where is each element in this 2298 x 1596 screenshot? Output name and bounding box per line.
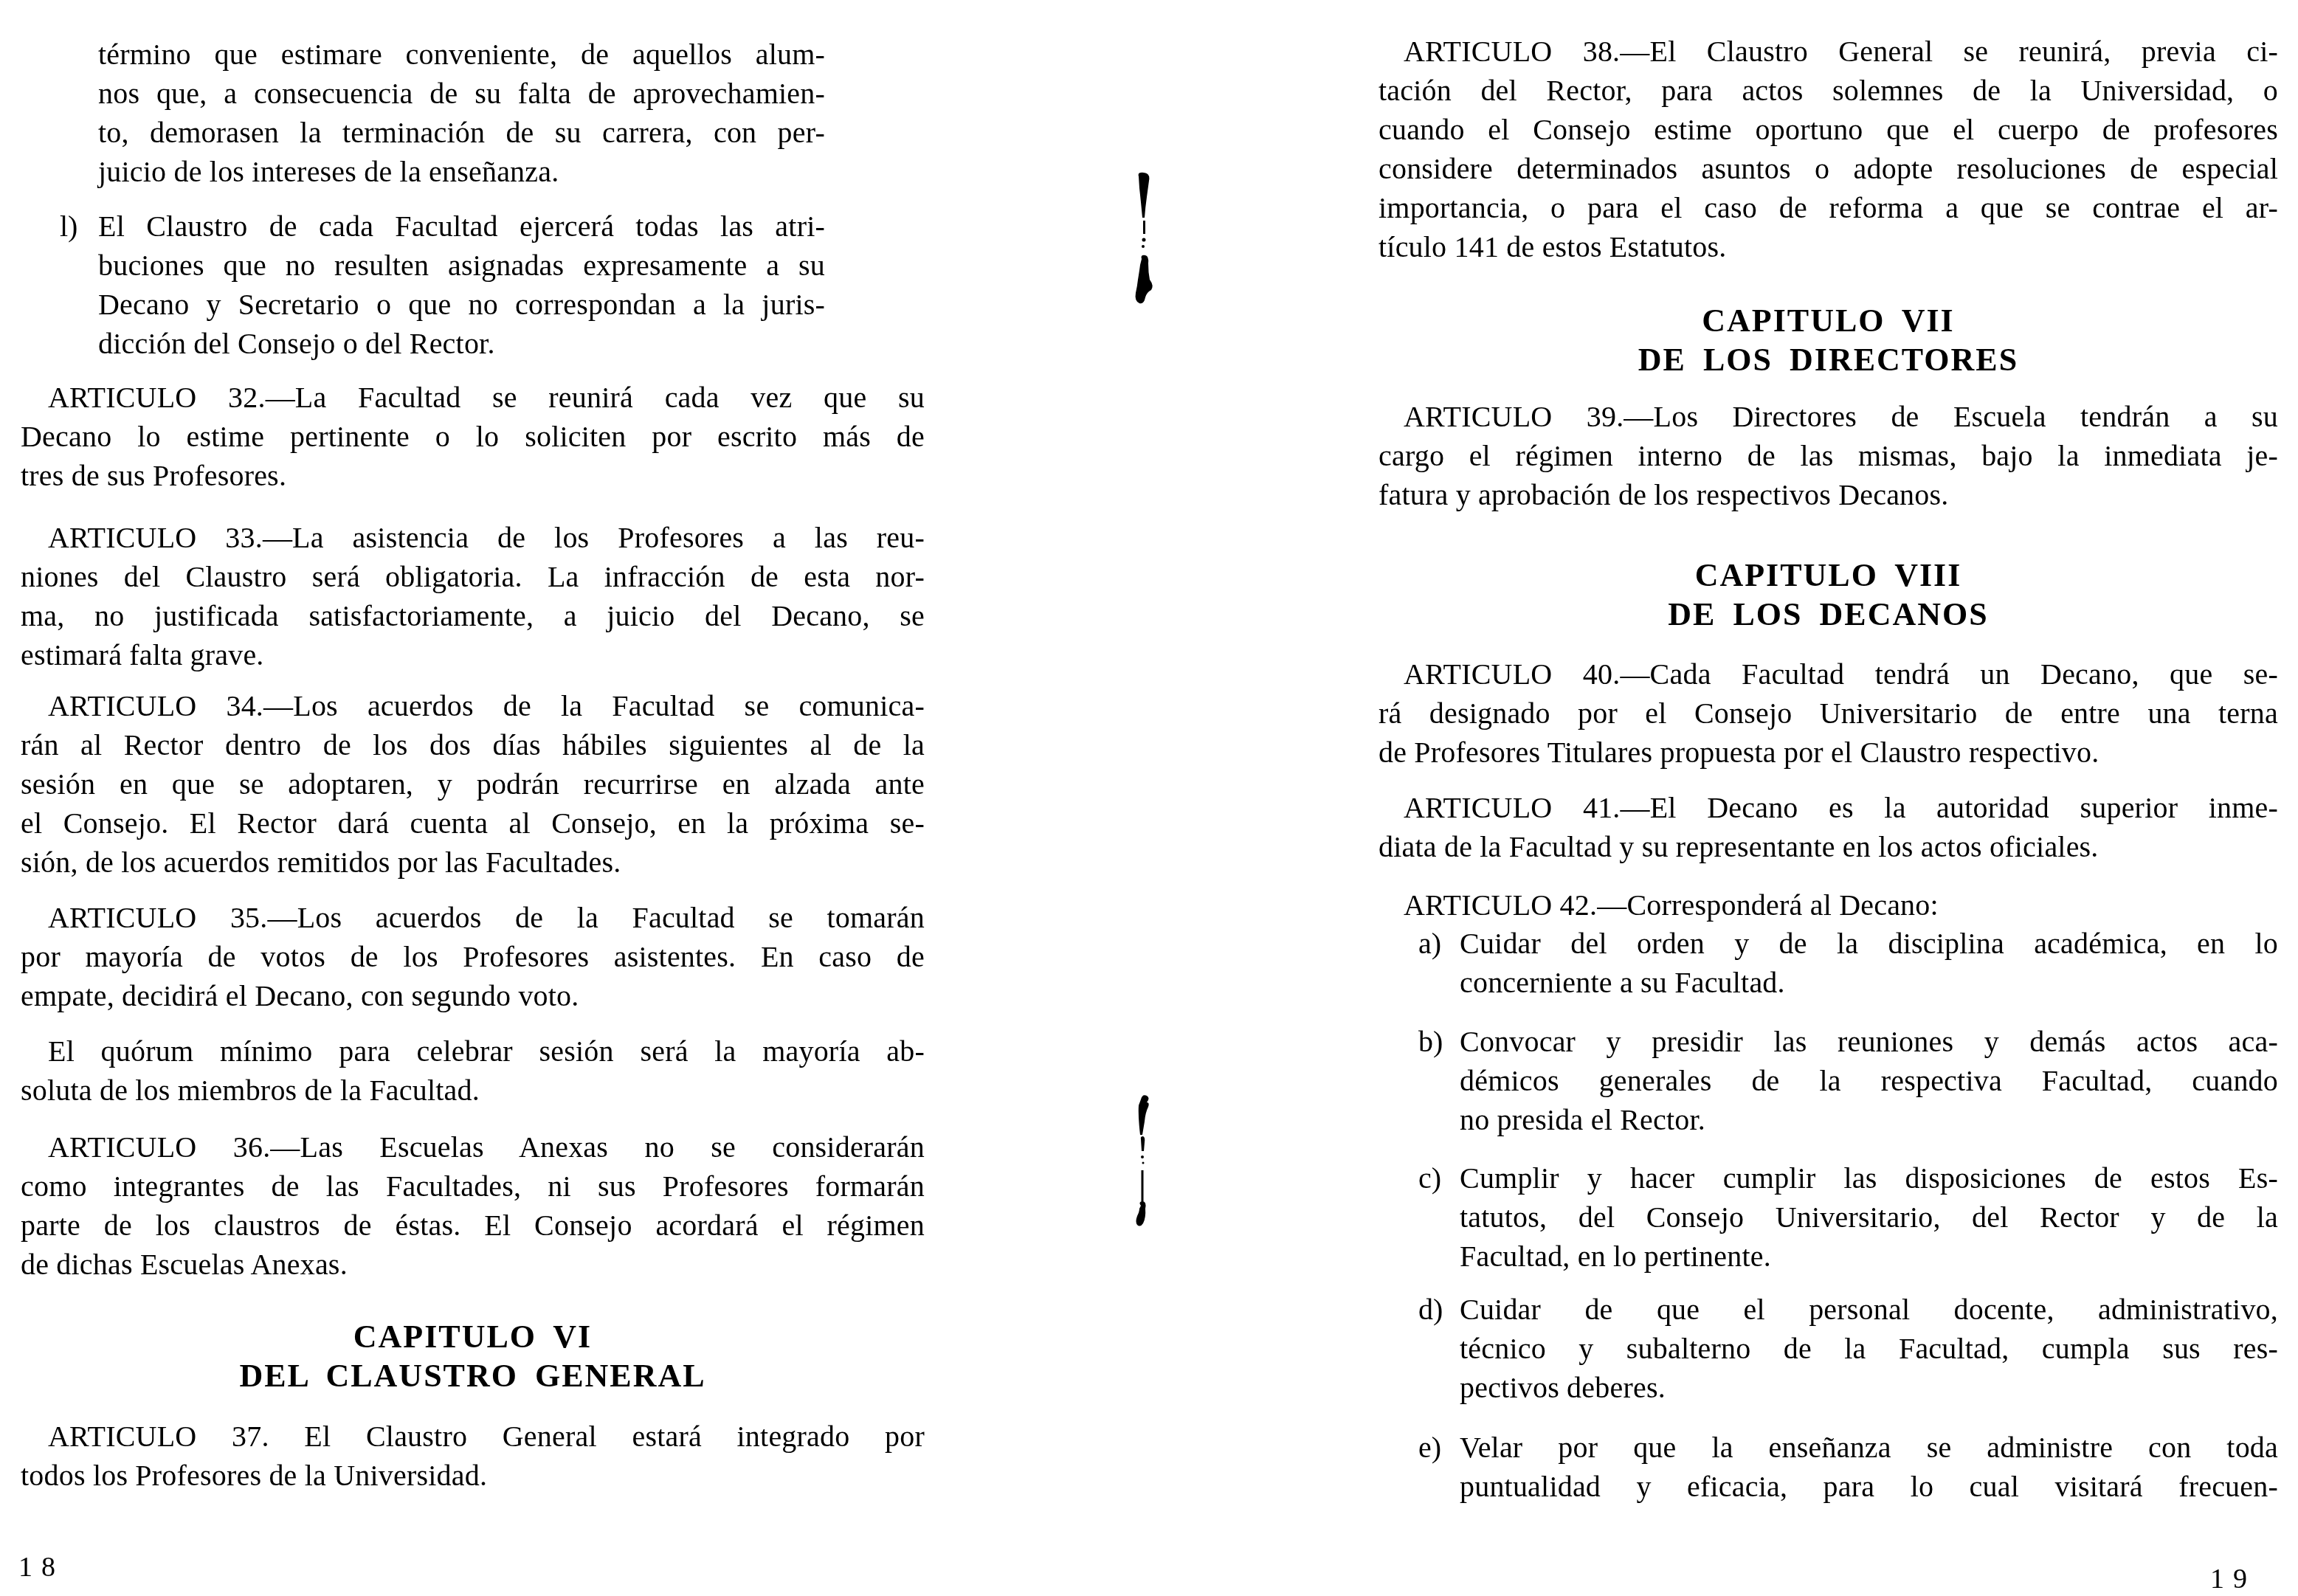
paragraph-continuation: término que estimare conveniente, de aqu… <box>98 35 825 191</box>
text-line: técnico y subalterno de la Facultad, cum… <box>1460 1329 2278 1368</box>
text-line: parte de los claustros de éstas. El Cons… <box>21 1206 925 1245</box>
text-line: como integrantes de las Facultades, ni s… <box>21 1167 925 1206</box>
article: ARTICULO 33.—La asistencia de los Profes… <box>21 518 925 674</box>
page-number: 18 <box>18 1552 64 1582</box>
text-line: nos que, a consecuencia de su falta de a… <box>98 74 825 113</box>
text-line: sesión en que se adoptaren, y podrán rec… <box>21 764 925 804</box>
text-line: término que estimare conveniente, de aqu… <box>98 35 825 74</box>
text-line: tación del Rector, para actos solemnes d… <box>1379 71 2278 110</box>
chapter-heading: CAPITULO VIIIDE LOS DECANOS <box>1379 556 2278 634</box>
article: ARTICULO 40.—Cada Facultad tendrá un Dec… <box>1379 654 2278 772</box>
text-line: ARTICULO 41.—El Decano es la autoridad s… <box>1379 788 2278 827</box>
text-line: ARTICULO 33.—La asistencia de los Profes… <box>21 518 925 557</box>
list-item-marker: d) <box>1418 1290 1443 1329</box>
list-item-marker: l) <box>60 207 77 246</box>
text-line: Cuidar del orden y de la disciplina acad… <box>1460 924 2278 963</box>
text-line: tres de sus Profesores. <box>21 456 925 495</box>
text-line: estimará falta grave. <box>21 635 925 674</box>
chapter-heading: CAPITULO VIIDE LOS DIRECTORES <box>1379 301 2278 379</box>
text-line: ARTICULO 42.—Corresponderá al Decano: <box>1379 885 2278 925</box>
chapter-heading-line: DE LOS DIRECTORES <box>1379 340 2278 379</box>
text-line: fatura y aprobación de los respectivos D… <box>1379 475 2278 514</box>
text-line: dicción del Consejo o del Rector. <box>98 324 825 363</box>
text-line: ARTICULO 39.—Los Directores de Escuela t… <box>1379 397 2278 436</box>
article: ARTICULO 42.—Corresponderá al Decano: <box>1379 885 2278 925</box>
text-line: to, demorasen la terminación de su carre… <box>98 113 825 152</box>
text-line: ARTICULO 36.—Las Escuelas Anexas no se c… <box>21 1127 925 1167</box>
text-line: Decano lo estime pertinente o lo solicit… <box>21 417 925 456</box>
text-line: ARTICULO 40.—Cada Facultad tendrá un Dec… <box>1379 654 2278 694</box>
list-item-marker: a) <box>1418 924 1441 963</box>
page-number: 19 <box>2210 1564 2256 1594</box>
text-line: Facultad, en lo pertinente. <box>1460 1237 2278 1276</box>
text-line: puntualidad y eficacia, para lo cual vis… <box>1460 1467 2278 1506</box>
text-line: soluta de los miembros de la Facultad. <box>21 1071 925 1110</box>
chapter-heading: CAPITULO VIDEL CLAUSTRO GENERAL <box>21 1317 925 1395</box>
text-line: cuando el Consejo estime oportuno que el… <box>1379 110 2278 149</box>
text-line: tatutos, del Consejo Universitario, del … <box>1460 1198 2278 1237</box>
ink-smudge-bottom-icon <box>1128 1094 1157 1237</box>
text-line: sión, de los acuerdos remitidos por las … <box>21 843 925 882</box>
text-line: de Profesores Titulares propuesta por el… <box>1379 733 2278 772</box>
list-item: Convocar y presidir las reuniones y demá… <box>1460 1022 2278 1139</box>
page-right: ARTICULO 38.—El Claustro General se reun… <box>1149 0 2298 1596</box>
text-line: juicio de los intereses de la enseñanza. <box>98 152 825 191</box>
text-line: Cuidar de que el personal docente, admin… <box>1460 1290 2278 1329</box>
text-line: démicos generales de la respectiva Facul… <box>1460 1061 2278 1100</box>
page-left: término que estimare conveniente, de aqu… <box>0 0 1149 1596</box>
article: ARTICULO 34.—Los acuerdos de la Facultad… <box>21 686 925 882</box>
list-item: Cuidar del orden y de la disciplina acad… <box>1460 924 2278 1002</box>
list-item-marker: b) <box>1418 1022 1443 1061</box>
list-item: Cumplir y hacer cumplir las disposicione… <box>1460 1158 2278 1276</box>
article: ARTICULO 36.—Las Escuelas Anexas no se c… <box>21 1127 925 1284</box>
article: ARTICULO 37. El Claustro General estará … <box>21 1417 925 1495</box>
text-line: ARTICULO 32.—La Facultad se reunirá cada… <box>21 378 925 417</box>
text-line: ARTICULO 35.—Los acuerdos de la Facultad… <box>21 898 925 937</box>
article: ARTICULO 35.—Los acuerdos de la Facultad… <box>21 898 925 1015</box>
text-line: por mayoría de votos de los Profesores a… <box>21 937 925 976</box>
chapter-heading-line: CAPITULO VI <box>21 1317 925 1356</box>
text-line: considere determinados asuntos o adopte … <box>1379 149 2278 188</box>
text-line: Cumplir y hacer cumplir las disposicione… <box>1460 1158 2278 1198</box>
text-line: cargo el régimen interno de las mismas, … <box>1379 436 2278 475</box>
text-line: ma, no justificada satisfactoriamente, a… <box>21 596 925 635</box>
article: ARTICULO 41.—El Decano es la autoridad s… <box>1379 788 2278 866</box>
text-line: concerniente a su Facultad. <box>1460 963 2278 1002</box>
text-line: de dichas Escuelas Anexas. <box>21 1245 925 1284</box>
chapter-heading-line: DE LOS DECANOS <box>1379 595 2278 634</box>
text-line: Velar por que la enseñanza se administre… <box>1460 1428 2278 1467</box>
book-spread: término que estimare conveniente, de aqu… <box>0 0 2298 1596</box>
chapter-heading-line: DEL CLAUSTRO GENERAL <box>21 1356 925 1395</box>
text-line: el Consejo. El Rector dará cuenta al Con… <box>21 804 925 843</box>
text-line: importancia, o para el caso de reforma a… <box>1379 188 2278 227</box>
article: ARTICULO 32.—La Facultad se reunirá cada… <box>21 378 925 495</box>
chapter-heading-line: CAPITULO VIII <box>1379 556 2278 595</box>
chapter-heading-line: CAPITULO VII <box>1379 301 2278 340</box>
article: ARTICULO 39.—Los Directores de Escuela t… <box>1379 397 2278 514</box>
ink-smudge-top-icon <box>1129 172 1159 316</box>
text-line: buciones que no resulten asignadas expre… <box>98 246 825 285</box>
text-line: ARTICULO 38.—El Claustro General se reun… <box>1379 32 2278 71</box>
list-item: Cuidar de que el personal docente, admin… <box>1460 1290 2278 1407</box>
text-line: rán al Rector dentro de los dos días háb… <box>21 725 925 764</box>
text-line: niones del Claustro será obligatoria. La… <box>21 557 925 596</box>
paragraph: El quórum mínimo para celebrar sesión se… <box>21 1032 925 1110</box>
list-item-marker: e) <box>1418 1428 1441 1467</box>
text-line: Convocar y presidir las reuniones y demá… <box>1460 1022 2278 1061</box>
text-line: diata de la Facultad y su representante … <box>1379 827 2278 866</box>
text-line: todos los Profesores de la Universidad. <box>21 1456 925 1495</box>
article: ARTICULO 38.—El Claustro General se reun… <box>1379 32 2278 266</box>
text-line: El Claustro de cada Facultad ejercerá to… <box>98 207 825 246</box>
list-item: El Claustro de cada Facultad ejercerá to… <box>98 207 825 363</box>
list-item: Velar por que la enseñanza se administre… <box>1460 1428 2278 1506</box>
text-line: ARTICULO 34.—Los acuerdos de la Facultad… <box>21 686 925 725</box>
text-line: tículo 141 de estos Estatutos. <box>1379 227 2278 266</box>
text-line: pectivos deberes. <box>1460 1368 2278 1407</box>
text-line: empate, decidirá el Decano, con segundo … <box>21 976 925 1015</box>
text-line: ARTICULO 37. El Claustro General estará … <box>21 1417 925 1456</box>
text-line: Decano y Secretario o que no corresponda… <box>98 285 825 324</box>
text-line: no presida el Rector. <box>1460 1100 2278 1139</box>
text-line: rá designado por el Consejo Universitari… <box>1379 694 2278 733</box>
text-line: El quórum mínimo para celebrar sesión se… <box>21 1032 925 1071</box>
list-item-marker: c) <box>1418 1158 1441 1198</box>
